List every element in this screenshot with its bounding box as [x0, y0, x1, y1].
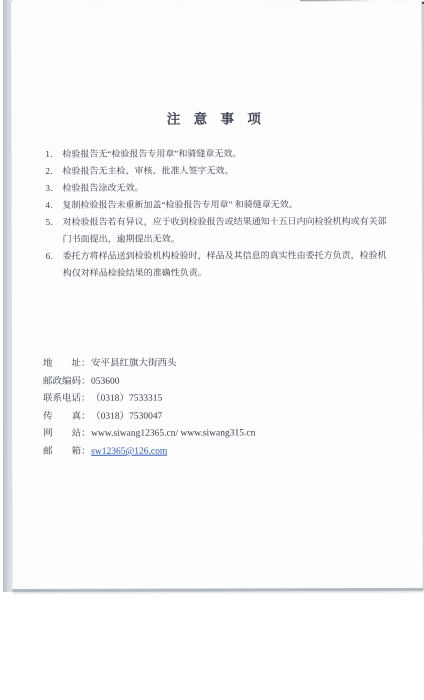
- contact-label: 邮政编码：: [43, 373, 91, 391]
- contact-value: （0318）7533315: [91, 391, 162, 409]
- note-item: 4. 复制检验报告未重新加盖“检验报告专用章” 和骑缝章无效。: [46, 196, 390, 214]
- document-paper: 注 意 事 项 1. 检验报告无“检验报告专用章”和骑缝章无效。 2. 检验报告…: [11, 1, 424, 592]
- scanned-document-view: 注 意 事 项 1. 检验报告无“检验报告专用章”和骑缝章无效。 2. 检验报告…: [0, 0, 424, 700]
- contact-value: www.siwang12365.cn/ www.siwang315.cn: [91, 426, 255, 444]
- note-item: 3. 检验报告涂改无效。: [45, 179, 389, 197]
- contact-value: 安平县红旗大街西头: [91, 356, 177, 374]
- contact-label: 网 站：: [43, 426, 91, 444]
- contact-value: 053600: [91, 373, 120, 391]
- note-number: 3.: [45, 180, 62, 197]
- contact-row-website: 网 站：www.siwang12365.cn/ www.siwang315.cn: [43, 425, 373, 443]
- note-text: 检验报告无“检验报告专用章”和骑缝章无效。: [62, 145, 389, 163]
- contact-row-phone: 联系电话：（0318）7533315: [43, 390, 373, 408]
- contact-block: 地 址：安平县红旗大街西头 邮政编码：053600 联系电话：（0318）753…: [43, 355, 373, 461]
- contact-label: 传 真：: [43, 409, 91, 427]
- note-number: 1.: [45, 146, 62, 163]
- note-number: 2.: [45, 163, 62, 180]
- note-number: 6.: [46, 248, 63, 282]
- contact-row-email: 邮 箱：sw12365@126.com: [43, 443, 373, 461]
- note-item: 6. 委托方将样品送到检验机构检验时，样品及其信息的真实性由委托方负责，检验机构…: [46, 247, 390, 282]
- contact-label: 邮 箱：: [43, 444, 91, 462]
- contact-row-address: 地 址：安平县红旗大街西头: [43, 355, 373, 373]
- note-item: 2. 检验报告无主检、审核、批准人签字无效。: [45, 162, 389, 180]
- note-number: 4.: [46, 197, 63, 214]
- contact-label: 地 址：: [43, 356, 91, 374]
- contact-label: 联系电话：: [43, 391, 91, 409]
- note-text: 委托方将样品送到检验机构检验时，样品及其信息的真实性由委托方负责，检验机构仅对样…: [63, 247, 390, 282]
- note-text: 检验报告无主检、审核、批准人签字无效。: [62, 162, 389, 180]
- note-item: 5. 对检验报告若有异议，应于收到检验报告或结果通知十五日内向检验机构或有关部门…: [46, 213, 390, 248]
- note-text: 复制检验报告未重新加盖“检验报告专用章” 和骑缝章无效。: [63, 196, 390, 214]
- note-number: 5.: [46, 214, 63, 248]
- contact-row-postcode: 邮政编码：053600: [43, 373, 373, 391]
- note-item: 1. 检验报告无“检验报告专用章”和骑缝章无效。: [45, 145, 389, 163]
- note-text: 对检验报告若有异议，应于收到检验报告或结果通知十五日内向检验机构或有关部门书面提…: [63, 213, 390, 248]
- email-link[interactable]: sw12365@126.com: [91, 444, 167, 462]
- contact-value: （0318）7530047: [91, 408, 162, 426]
- notes-list: 1. 检验报告无“检验报告专用章”和骑缝章无效。 2. 检验报告无主检、审核、批…: [45, 145, 389, 282]
- note-text: 检验报告涂改无效。: [62, 179, 389, 197]
- page-title: 注 意 事 项: [11, 107, 421, 128]
- contact-row-fax: 传 真：（0318）7530047: [43, 408, 373, 426]
